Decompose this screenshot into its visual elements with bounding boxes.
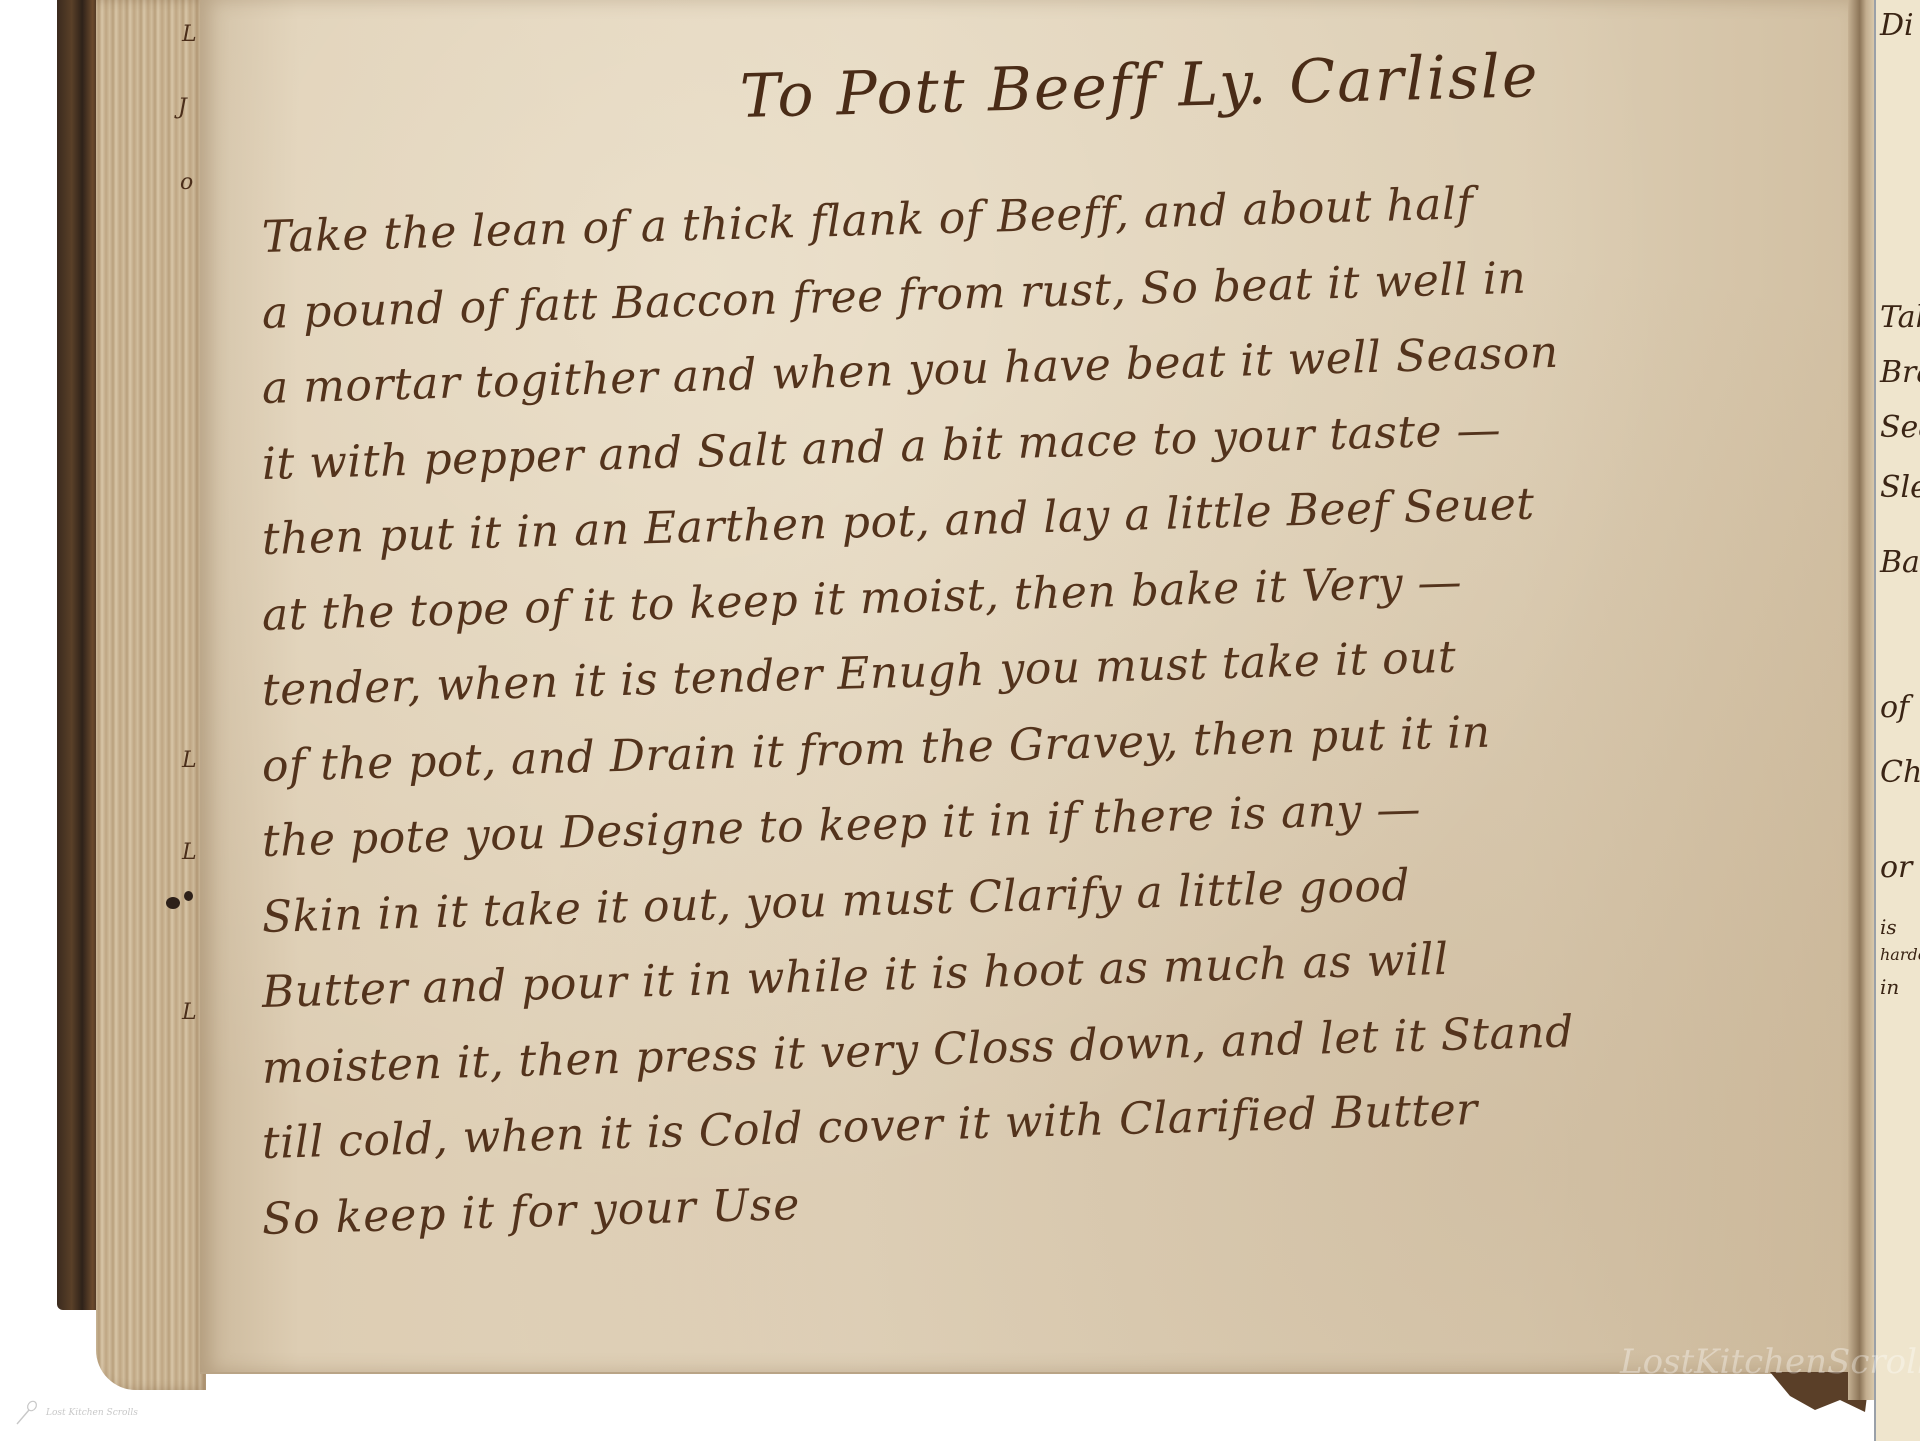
watermark-overlay: LostKitchenScrolls [1620, 1342, 1920, 1382]
margin-mark: o [180, 170, 193, 195]
facing-page-edge: Di Tak Bra Seas Slen Bat of Ch or is har… [1874, 0, 1920, 1441]
margin-mark: L [182, 840, 197, 865]
facing-page-text: is [1880, 915, 1897, 939]
facing-page-text: Bra [1880, 355, 1920, 390]
facing-page-text: Bat [1880, 545, 1920, 580]
margin-mark: L [182, 748, 197, 773]
facing-page-text: or [1880, 850, 1912, 885]
ink-blot [184, 891, 193, 901]
facing-page-text: of [1880, 690, 1909, 725]
margin-mark: J [178, 95, 187, 120]
facing-page-text: Ch [1880, 755, 1920, 790]
leather-spine [57, 0, 99, 1310]
facing-page-text: harden [1880, 945, 1920, 964]
stacked-page-edges: L J o L L L [96, 0, 206, 1390]
book-gutter [1848, 0, 1874, 1400]
ink-blot [166, 897, 180, 909]
margin-mark: L [182, 22, 197, 47]
facing-page-text: Seas [1880, 410, 1920, 445]
watermark-logo: Lost Kitchen Scrolls [14, 1400, 138, 1426]
facing-page-text: Di [1880, 8, 1914, 43]
spoon-icon [14, 1400, 38, 1426]
facing-page-text: in [1880, 975, 1899, 999]
facing-page-text: Tak [1880, 300, 1920, 335]
margin-mark: L [182, 1000, 197, 1025]
watermark-logo-text: Lost Kitchen Scrolls [46, 1408, 138, 1418]
facing-page-text: Slen [1880, 470, 1920, 505]
recipe-body: Take the lean of a thick flank of Beeff,… [262, 200, 1842, 1257]
open-manuscript-book: L J o L L L To Pott Beeff Ly. Carlisle T… [0, 0, 1920, 1441]
